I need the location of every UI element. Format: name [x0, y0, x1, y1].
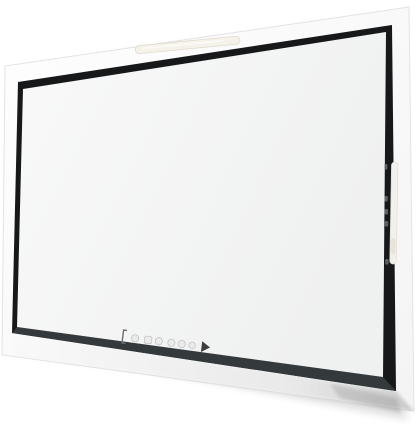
- whiteboard-product-image: [0, 0, 416, 424]
- side-port: [384, 196, 387, 202]
- control-button-4[interactable]: [167, 339, 175, 347]
- side-port: [385, 209, 388, 215]
- stylus-pen[interactable]: [390, 162, 398, 264]
- control-button-6[interactable]: [189, 342, 196, 349]
- side-port: [385, 221, 388, 227]
- control-button-2[interactable]: [144, 336, 152, 344]
- side-port: [385, 259, 388, 265]
- touch-screen[interactable]: [17, 32, 386, 377]
- control-button-3[interactable]: [155, 337, 163, 345]
- side-port: [384, 164, 387, 170]
- control-button-5[interactable]: [178, 340, 186, 348]
- stylus-grip: [391, 238, 396, 254]
- control-button-1[interactable]: [131, 334, 139, 342]
- product-photo-stage: [0, 0, 416, 424]
